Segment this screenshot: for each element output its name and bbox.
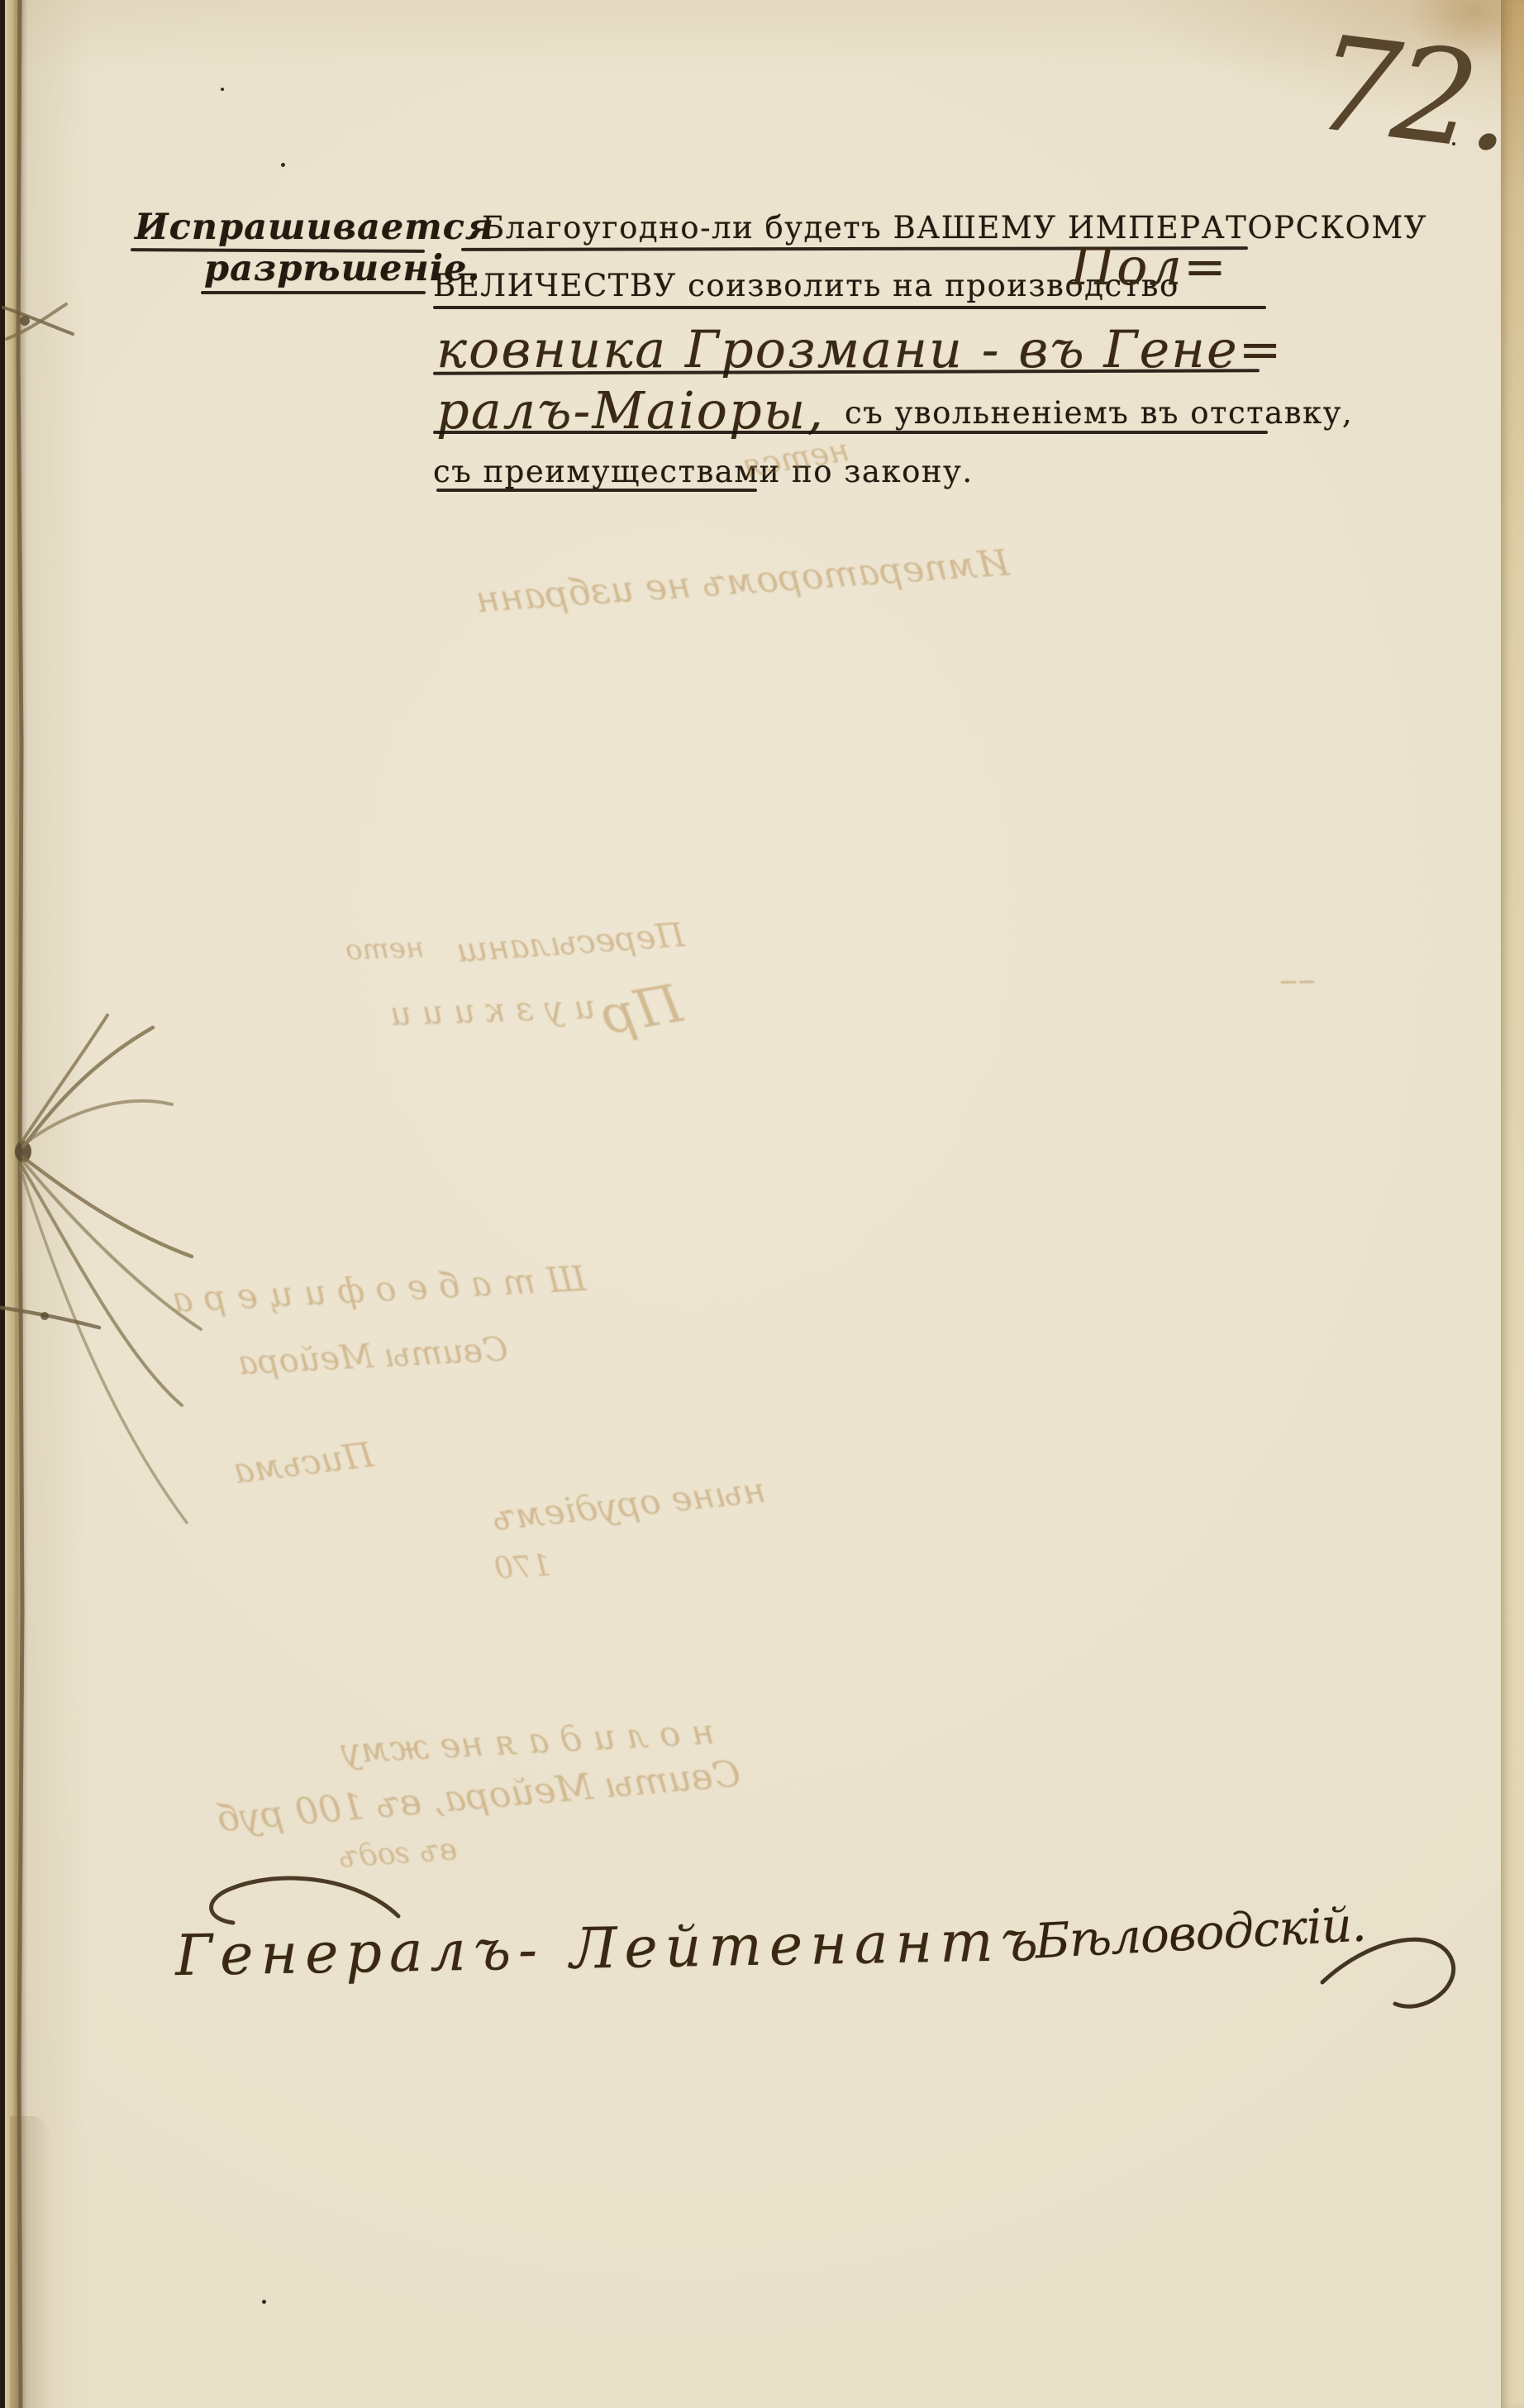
paper-speck — [281, 163, 285, 167]
bleedthrough-line: нето — [345, 931, 425, 966]
bleedthrough-line: 170 — [493, 1549, 552, 1586]
archival-document-page: 72. Испрашивается разрѣшеніе. Благоугодн… — [0, 0, 1524, 2408]
paper-speck — [262, 2300, 266, 2304]
bleedthrough-line: –– — [1279, 959, 1317, 1002]
bleedthrough-line: и у з к и и и — [389, 989, 596, 1034]
paper-speck — [221, 88, 224, 91]
paper-speck — [1452, 142, 1455, 145]
signature-flourishes — [0, 0, 1524, 2408]
